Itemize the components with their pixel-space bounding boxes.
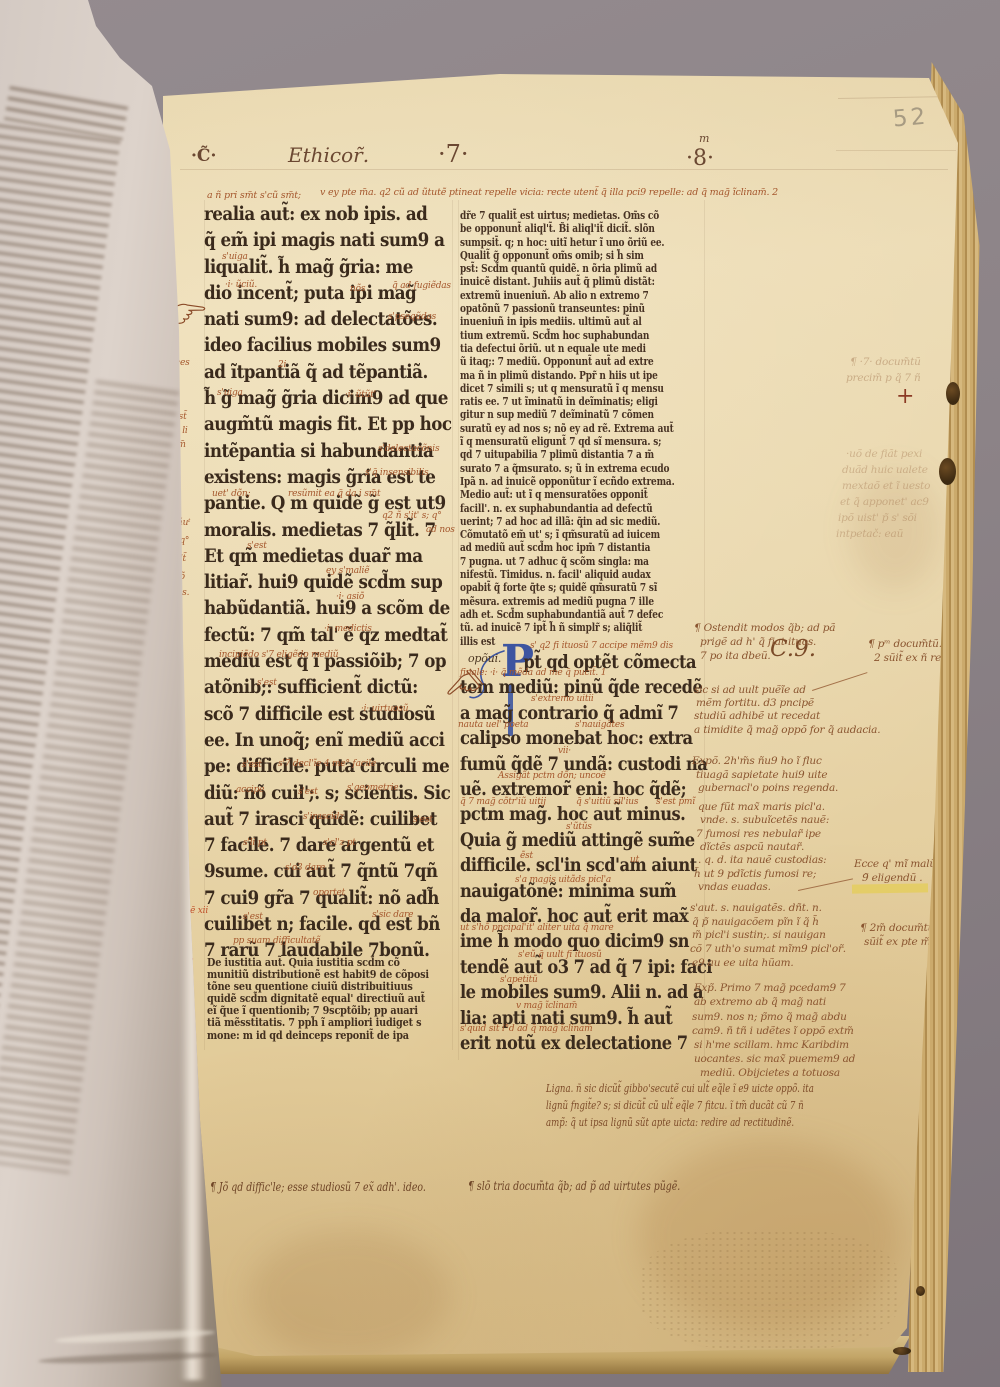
interlinear-gloss: s'sic dare [372,910,413,920]
fore-edge-spot [893,1347,911,1355]
text-line: ma ñ in plimũ distando. Ppr̃ n hiis ut i… [460,369,652,382]
text-line: opabit̃ q̃ forte q̃te s; quidẽ qm̃suratũ… [460,581,652,594]
text-line: ratis ee. 7 ut ĩminatũ in deĩminatis; el… [460,395,652,408]
margin-note-line: q̃ p̃ nauigacõem pĩn ĩ q̃ h̃ [692,916,819,928]
text-line: lignũ fngit̃e? s; si dicũt̃ cũ ult̃ eq̃l… [546,1097,811,1114]
margin-note-line: ·uõ de fiãt pexi [846,448,922,460]
interlinear-gloss: s'delectacõnis [378,444,439,454]
margin-note-line: gubernacl'o poins regenda. [698,782,838,794]
text-line: be opponunt̃ aliql't̃. B̃i aliql'it̃ dic… [460,222,652,235]
text-line: gitur n sup mediũ 7 deĩminatũ 7 cõmen [460,408,652,421]
text-line: erit notũ ex delectatione 7 [460,1031,676,1056]
header-quire-mark: ·7· [438,140,469,168]
margin-note-line: vnde. s. subuĩcetẽs nauẽ: [700,814,829,826]
text-line: sumpsit̃. q; n hoc: uitĩ hetur ĩ uno õri… [460,236,652,249]
text-line: 7 facile. 7 dare argentũ et [204,832,429,858]
interlinear-gloss: oportet [313,888,345,898]
margin-note-line: studiũ adhibẽ ut recedat [694,710,820,722]
margin-note-line: dĩctẽs aspcũ nautar̃. [700,841,804,853]
margin-note-line: que fũt max̃ maris picl'a. [698,801,825,813]
text-line: dr̃e 7 qualit̃ est uirtus; medietas. Om̃… [460,209,652,222]
interlinear-gloss: s'est [247,541,267,551]
interlinear-gloss: v ey pte m̃a. q2 cũ ad ũtutẽ ptineat rep… [320,187,778,198]
margin-note-line: mẽm fortitu. d3 pncipẽ [696,697,814,709]
interlinear-gloss: ey s'maliẽ [326,566,369,576]
text-line: ĩ q mensuratũ eligunt̃ 7 qd sĩ mensura. … [460,435,652,448]
text-line: qd 7 uitupabilia 7 plimũ distantia 7 a m… [460,448,652,461]
interlinear-gloss: uet' dõn; [212,489,250,499]
margin-note-line: ipõ uist' p̃ s' sõi [838,512,917,524]
margin-note-line: sum9. nos n; p̃mo q̃ mag̃ abdu [692,1011,847,1023]
interlinear-gloss: v mag̃ ĩclinam̃ [516,1001,577,1011]
text-line: inuicẽ distant. Juhiis aut̃ q̃ plimũ dis… [460,275,652,288]
header-left-mark: ·C̃· [191,146,216,166]
interlinear-gloss: s'eũ q̃ uult fi ituosũ [518,950,602,960]
margin-note-line: + [896,384,914,409]
text-line: tia defectui õriũ. ut n equale ute medi [460,342,652,355]
manuscript-photo: 52 ·C̃· Ethicor̃. ·7· ·8· m realia aut̃:… [0,0,1000,1387]
margin-note-line: Ecce q' mĩ malũ [854,858,936,870]
interlinear-gloss: s'uiga [217,388,243,398]
right-commentary-column: dr̃e 7 qualit̃ est uirtus; medietas. Om̃… [460,209,706,648]
margin-note-line: cam9. ñ tñ i udẽtes ĩ oppõ extm̃ [692,1025,854,1037]
interlinear-gloss: s'est [298,787,318,797]
ruling-line [836,150,956,151]
interlinear-gloss: s'est [257,678,277,688]
margin-note-line: ¶ Ostendit modos q̃b; ad pã [694,622,835,634]
interlinear-gloss: ad nos [426,525,455,535]
margin-note-line: m̃ picl'i sustin;. si nauigan [692,929,826,941]
text-line: ad mediũ aut̃ scd̃m hoc ipm̃ 7 distantia [460,541,652,554]
text-line: uerint; 7 ad hoc ad illã: q̃in ad sic me… [460,515,652,528]
interlinear-gloss: s'nauigãtes [575,720,624,730]
margin-note-line: a timidite q̃ mag̃ oppõ for q̃ audacia. [694,724,880,736]
interlinear-gloss: 2i [278,360,286,370]
interlinear-gloss: s'est [242,760,262,770]
margin-note-line: Expõ. 2h'm̃s ñu9 ho ĩ fluc [692,755,822,767]
text-line: habũdantiã. hui9 a scõm de [204,595,429,621]
interlinear-gloss: ē xii [190,906,208,916]
text-line: pst̃: Scd̃m quantũ quidẽ. n õria plimũ a… [460,262,652,275]
interlinear-gloss: s'a magis uitãds picl'a [515,875,611,885]
interlinear-gloss: ut [630,855,639,865]
text-line: extremũ inueniuñ. Ab alio n extremo 7 [460,289,652,302]
text-line: 7 pugna. ut 7 adhuc q̃ scõm singla: ma [460,555,652,568]
text-line: mone: m id qd deinceps reponit̃ de ipa [207,1029,420,1041]
interlinear-gloss: s'extremo uitii [531,694,594,704]
interlinear-gloss: q̃ s'uitiũ sil'ius [576,797,638,807]
text-line: Et qm̃ medietas duar̃ ma [204,543,429,569]
text-line: Ipã n. ad inuicẽ opponũtur ĩ ecñdo extre… [460,475,652,488]
interlinear-gloss: ẽst [520,851,533,861]
margin-note-line: prigẽ ad h' q̃ fiat ituos. [700,636,816,648]
text-line: atõnib;: sufficient̃ dictũ: [204,674,429,700]
text-line: litiar̃. hui9 quidẽ scd̃m sup [204,569,429,595]
text-line: Qualit̃ g̃ opponunt̃ om̃s omib; si h̃ si… [460,249,652,262]
interlinear-gloss: s'geometrie [347,783,398,793]
text-line: Cõmutatõ em̃ ut' s; ĩ qm̃suratũ ad iuice… [460,528,652,541]
interlinear-gloss: pp suam difficultatẽ [233,936,320,946]
fore-edge-tab [939,458,956,485]
margin-note-line: ¶ ·7· docum̃tũ [850,356,921,368]
interlinear-gloss: s'irascidz [303,812,344,822]
interlinear-gloss: s'apetitũ [500,975,538,985]
interlinear-gloss: ·i· medictis [324,624,372,634]
interlinear-gloss: ·i· asiõ [336,592,364,602]
note-pointer [798,878,853,891]
margin-note-line: 2 sũit̃ ex ñ rei. [874,652,947,664]
text-line: Ligna. ñ sic dicũt̃ gibbo'secutẽ cui ult… [546,1080,811,1097]
text-line: fectũ: 7 qm̃ tal' ẽ qz medtat̃ [204,622,429,648]
margin-note-line: sic si ad uult puẽĩe ad [694,684,806,696]
text-line: mẽsura. extremis ad mediũ pugna 7 ille [460,595,652,608]
margin-note-line: mextaõ et ĩ uesto [842,480,930,492]
margin-note-line: h̃ ut 9 pdĩctis fumosi re; [694,868,816,880]
margin-note-line: Exp̃. Primo 7 mag̃ pcedam9 7 [694,982,846,994]
interlinear-gloss: finale: ·i· q̃ mẽda ad me q̃ pucit̃. 1 [460,668,606,678]
interlinear-gloss: s'pseqũdas [388,312,436,322]
header-title: Ethicor̃. [288,143,369,167]
folio-number: 52 [892,104,929,133]
interlinear-gloss: s'ũtũs [566,822,592,832]
text-line: realia aut̃: ex nob ipis. ad [204,201,429,227]
text-line: nifestũ. Timidus. n. facil' aliquid auda… [460,568,652,581]
margin-note-line: uocantes. sic max̃ puemem9 ad [694,1053,855,1065]
interlinear-gloss: s'o3 dare [285,863,325,873]
text-line: Medio aut̃: ut ĩ q mensuratões opponit̃ [460,488,652,501]
interlinear-gloss: s'est pmĩ [656,797,695,807]
interlinear-gloss: vii· [558,746,571,756]
margin-note-line: et q̃ apponet' ac9 [840,496,929,508]
fore-edge-spot [916,1286,925,1296]
margin-note-line: intpetač: eaũ [836,528,903,540]
interlinear-gloss: s'est [243,912,263,922]
margin-note-line: vndas euadas. [698,881,771,893]
interlinear-gloss: Assigãt pctm dõn; uncoẽ [498,771,606,781]
interlinear-gloss: s'quid sit i°d ad q̃ mag̃ ĩclinam̃ [460,1024,592,1034]
text-line: tũ. ad inuicẽ 7 ipt̃ h̃ ñ simplr̃ s; ali… [460,621,652,634]
text-line: ũ itaq;: 7 mediũ. Opponunt̃ aut̃ ad extr… [460,355,652,368]
text-line: ee. In unoq̃; enĩ mediũ acci [204,727,429,753]
margin-note-line: ab extremo ab q̃ mag̃ nati [694,996,826,1008]
interlinear-gloss: ·i· ũtũt' [345,390,376,400]
text-line: surato 7 a q̃msurato. s; ũ in extrema ec… [460,462,652,475]
text-line: ideo facilius mobiles sum9 [204,332,429,358]
footnote-left: ¶ Jõ qd diffic'le; esse studiosũ 7 ex̃ a… [210,1180,426,1194]
margin-note-line: si h'me scillam. hmc Karibdim [694,1039,849,1051]
text-line: suratũ ey ad nos s; nõ ey ad rẽ. Extrema… [460,422,652,435]
margin-note-line: cõ 7 uth'o sumat mĩm9 picl'or̃. [690,943,846,955]
vellum-grain [640,1230,900,1350]
ruling-line [180,169,948,170]
text-line: dicet 7 simili s; ut q mensuratũ ĩ q men… [460,382,652,395]
margin-note-line: sũit̃ ex pte m̃s [864,936,936,948]
interlinear-gloss: opõui. [468,652,501,665]
interlinear-gloss: resũmit ea q̃ da i sm̃t [288,489,380,499]
interlinear-gloss: s'7 decl'ĩe 4 me° facile [278,759,376,769]
text-line: opatõnũ 7 passionũ transeuntes: pinũ [460,302,652,315]
right-lemma-column: pt̃ qd optẽt cõmectatem mediũ: pinũ q̃de… [460,650,706,1057]
margin-note-line: 9̃ eligendũ . [862,872,922,884]
note-pointer [812,672,867,691]
header-leaf-mark-sup: m [699,132,709,145]
margin-note-line: mediũ. Obijcietes a totuosa [700,1067,840,1079]
interlinear-gloss: ·i· ũciũ. [225,280,257,290]
parchment-stain [250,1230,450,1360]
interlinear-gloss: s' q2 fi ituosũ 7 accipe mẽm9 dis [530,641,673,651]
interlinear-gloss: q̃ ad fugiẽdas [392,281,451,291]
text-line: facill'. n. ex suphabundantia ad defectũ [460,502,652,515]
interlinear-gloss: incipiẽdo s'7 eligẽdo mediũ [219,650,338,660]
interlinear-gloss: q2 ñ s'it' s; q° [382,511,442,521]
bottom-note: Ligna. ñ sic dicũt̃ gibbo'secutẽ cui ult… [546,1080,886,1131]
interlinear-gloss: accipe [236,785,264,795]
margin-note-line: precim̃ p q̃ 7 ñ [846,372,921,384]
margin-note-line: duãd huic ualete [842,464,928,476]
left-column-paragraph: De iustitia aut̃. Quia iustitia scd̃m cõ… [207,956,461,1041]
yellow-highlight [852,883,928,893]
margin-note-line: s'aut. s. nauigatẽs. dñt. n. [690,902,822,914]
interlinear-gloss: ut s'hõ pncipal'it' aliter uita q̃ mare [460,923,614,933]
interlinear-gloss: q̃ 7 mag̃ cõtr'iũ uitij [460,797,546,807]
interlinear-gloss: s'uiga [222,252,248,262]
margin-note-line: 7 fumosi res nebular̃ ipe [696,828,821,840]
interlinear-gloss: nauta uel' poeta [458,720,528,730]
interlinear-gloss: s'est [413,815,433,825]
text-line: augm̃tũ magis fit. Et pp hoc [204,411,429,437]
margin-note-line: 7 po ita dbeũ. [700,650,771,662]
text-line: adh et. Scd̃m suphabundantiã aut̃ 7 defe… [460,608,652,621]
footnote-right: ¶ slõ tria docum̃ta q̃b; ad p̃ ad uirtut… [468,1179,680,1193]
interlinear-gloss: a ñ pri sm̃t s'cũ sm̃t; [207,190,301,201]
interlinear-gloss: nõs [350,284,365,294]
interlinear-gloss: s'q̃ insensibilis [365,468,428,478]
text-line: tium extremũ. Scd̃m hoc suphabundan [460,329,652,342]
header-leaf-mark: ·8· [686,146,714,171]
text-line: ad ĩtpantiã q̃ ad tẽpantiã. [204,359,429,385]
text-line: amp̃: q̃ ut ipsa lignũ sũt apte uicta: r… [546,1114,811,1131]
interlinear-gloss: s'li pt [243,838,267,848]
margin-note-line: . q. d. ita nauẽ custodias: [698,854,826,866]
margin-note-line: ¶ pᵐ docum̃tũ. [868,638,942,650]
fore-edge-tab [946,382,960,405]
margin-note-line: e9 au ee uita hũam. [692,957,794,969]
interlinear-gloss: s'cl'z pt [323,838,356,848]
text-line: q̃ em̃ ipi magis nati sum9 a [204,227,429,253]
margin-note-line: tiuagã sapietate hui9 uite [696,769,827,781]
interlinear-gloss: ·i· uirtuosũ [361,704,408,714]
text-line: inueniuñ in ipis mediis. ultimũ aut̃ al [460,315,652,328]
